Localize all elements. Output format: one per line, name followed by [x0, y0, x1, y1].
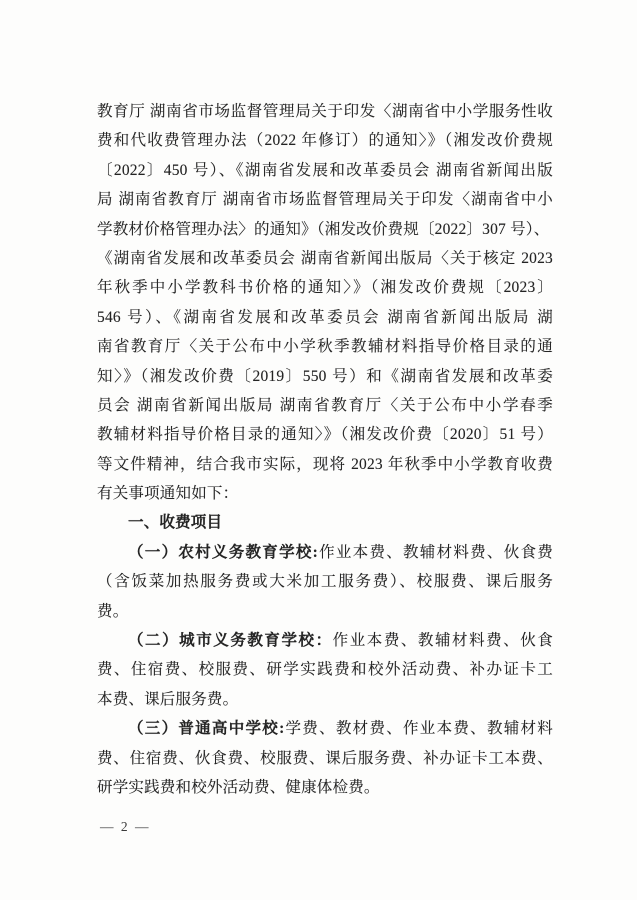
section-heading: （一）农村义务教育学校: — [128, 544, 318, 561]
text-line: 546 号）、《湖南省发展和改革委员会 湖南省新闻出版局 湖 — [97, 303, 553, 332]
text-segment: 有关事项通知如下： — [97, 485, 238, 502]
text-line: 教育厅 湖南省市场监督管理局关于印发〈湖南省中小学服务性收 — [97, 97, 553, 126]
text-line: 费和代收费管理办法（2022 年修订）的通知〉》（湘发改价费规 — [97, 126, 553, 155]
text-segment: 费、住宿费、校服费、研学实践费和校外活动费、补办证卡工 — [97, 661, 553, 678]
text-line: 有关事项通知如下： — [97, 479, 553, 508]
text-segment: 学教材价格管理办法〉的通知》（湘发改价费规〔2022〕307 号）、 — [97, 221, 549, 238]
text-segment: 费、住宿费、伙食费、校服费、课后服务费、补办证卡工本费、 — [97, 750, 553, 767]
text-line: 学教材价格管理办法〉的通知》（湘发改价费规〔2022〕307 号）、 — [97, 215, 553, 244]
text-segment: 本费、课后服务费。 — [97, 691, 238, 708]
text-line: 局 湖南省教育厅 湖南省市场监督管理局关于印发〈湖南省中小 — [97, 185, 553, 214]
text-line: 《湖南省发展和改革委员会 湖南省新闻出版局〈关于核定 2023 — [97, 244, 553, 273]
text-line: 〔2022〕450 号）、《湖南省发展和改革委员会 湖南省新闻出版 — [97, 156, 553, 185]
section-heading: （三）普通高中学校: — [128, 720, 284, 737]
text-line: 费、住宿费、伙食费、校服费、课后服务费、补办证卡工本费、 — [97, 744, 553, 773]
page-number: — 2 — — [100, 819, 151, 835]
section-heading: （二）城市义务教育学校： — [128, 632, 333, 649]
text-line: （三）普通高中学校:学费、教材费、作业本费、教辅材料 — [97, 714, 553, 743]
text-segment: 费。 — [97, 603, 128, 620]
text-segment: 费和代收费管理办法（2022 年修订）的通知〉》（湘发改价费规 — [97, 132, 553, 149]
text-line: 费、住宿费、校服费、研学实践费和校外活动费、补办证卡工 — [97, 655, 553, 684]
section-heading: 一、收费项目 — [128, 514, 222, 531]
text-line: （含饭菜加热服务费或大米加工服务费）、校服费、课后服务 — [97, 567, 553, 596]
text-segment: 作业本费、教辅材料费、伙食费 — [318, 544, 553, 561]
text-line: 研学实践费和校外活动费、健康体检费。 — [97, 773, 553, 802]
text-segment: 员会 湖南省新闻出版局 湖南省教育厅〈关于公布中小学春季 — [97, 397, 553, 414]
text-segment: 等文件精神，结合我市实际，现将 2023 年秋季中小学教育收费 — [97, 456, 553, 473]
text-line: 南省教育厅〈关于公布中小学秋季教辅材料指导价格目录的通 — [97, 332, 553, 361]
text-segment: 作业本费、教辅材料费、伙食 — [333, 632, 553, 649]
text-line: 一、收费项目 — [97, 508, 553, 537]
text-line: 教辅材料指导价格目录的通知〉》（湘发改价费〔2020〕51 号） — [97, 420, 553, 449]
text-segment: 学费、教材费、作业本费、教辅材料 — [284, 720, 553, 737]
text-line: 费。 — [97, 597, 553, 626]
text-segment: 〔2022〕450 号）、《湖南省发展和改革委员会 湖南省新闻出版 — [97, 162, 553, 179]
text-line: （二）城市义务教育学校：作业本费、教辅材料费、伙食 — [97, 626, 553, 655]
text-segment: 知〉》（湘发改价费〔2019〕550 号）和《湖南省发展和改革委 — [97, 368, 553, 385]
text-segment: 《湖南省发展和改革委员会 湖南省新闻出版局〈关于核定 2023 — [97, 250, 553, 267]
text-line: （一）农村义务教育学校:作业本费、教辅材料费、伙食费 — [97, 538, 553, 567]
text-segment: 546 号）、《湖南省发展和改革委员会 湖南省新闻出版局 湖 — [97, 309, 553, 326]
text-segment: 年秋季中小学教科书价格的通知〉》（湘发改价费规〔2023〕 — [97, 279, 553, 296]
text-segment: 局 湖南省教育厅 湖南省市场监督管理局关于印发〈湖南省中小 — [97, 191, 553, 208]
text-segment: （含饭菜加热服务费或大米加工服务费）、校服费、课后服务 — [97, 573, 553, 590]
text-segment: 教育厅 湖南省市场监督管理局关于印发〈湖南省中小学服务性收 — [97, 103, 553, 120]
text-segment: 教辅材料指导价格目录的通知〉》（湘发改价费〔2020〕51 号） — [97, 426, 553, 443]
text-line: 年秋季中小学教科书价格的通知〉》（湘发改价费规〔2023〕 — [97, 273, 553, 302]
text-line: 本费、课后服务费。 — [97, 685, 553, 714]
text-line: 员会 湖南省新闻出版局 湖南省教育厅〈关于公布中小学春季 — [97, 391, 553, 420]
document-page: 教育厅 湖南省市场监督管理局关于印发〈湖南省中小学服务性收费和代收费管理办法（2… — [0, 0, 637, 900]
text-segment: 南省教育厅〈关于公布中小学秋季教辅材料指导价格目录的通 — [97, 338, 553, 355]
document-body: 教育厅 湖南省市场监督管理局关于印发〈湖南省中小学服务性收费和代收费管理办法（2… — [97, 97, 553, 802]
text-line: 知〉》（湘发改价费〔2019〕550 号）和《湖南省发展和改革委 — [97, 362, 553, 391]
text-segment: 研学实践费和校外活动费、健康体检费。 — [97, 779, 380, 796]
text-line: 等文件精神，结合我市实际，现将 2023 年秋季中小学教育收费 — [97, 450, 553, 479]
